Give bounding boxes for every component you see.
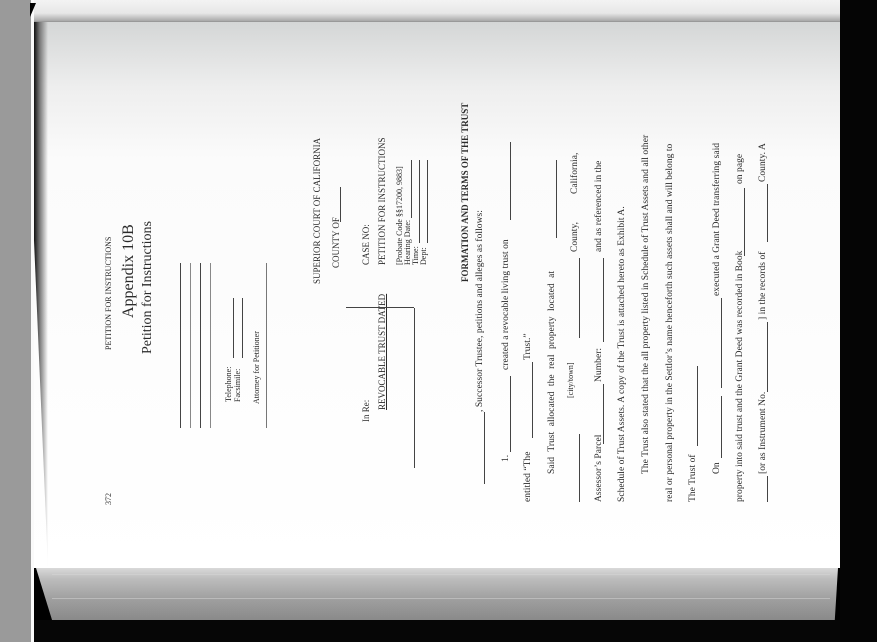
trust-date-field[interactable] <box>510 142 511 220</box>
book-field[interactable] <box>744 188 745 256</box>
dept-field[interactable] <box>427 160 428 243</box>
hearing-date-field[interactable] <box>411 160 412 218</box>
time-field[interactable] <box>419 160 420 243</box>
page-field[interactable] <box>767 476 768 502</box>
county-field[interactable] <box>340 187 341 222</box>
apn-number-field[interactable] <box>603 258 604 342</box>
para1-number: 1. <box>501 455 511 462</box>
attorney-city-line <box>210 263 211 428</box>
viewer-background-left <box>0 0 31 642</box>
city-hint: [city/town] <box>566 362 575 398</box>
para4-page: on page <box>735 154 745 184</box>
para4-line2: property into said trust and the Grant D… <box>735 251 745 502</box>
attorney-underline <box>266 263 267 428</box>
caption-divider <box>346 307 414 308</box>
property-address-field[interactable] <box>556 160 557 238</box>
telephone-field[interactable] <box>233 298 234 358</box>
para1-text: created a revocable living trust on <box>501 239 511 370</box>
city-field[interactable] <box>579 434 580 502</box>
appendix-subtitle: Petition for Instructions <box>140 221 156 354</box>
county-word: County, <box>570 222 580 252</box>
para2-ref: and as referenced in the <box>594 161 604 252</box>
county-label: COUNTY OF <box>331 217 341 268</box>
dept-label: Dept: <box>419 247 428 265</box>
facsimile-field[interactable] <box>242 298 243 358</box>
para1-entitled: entitled “The <box>523 451 533 502</box>
court-name: SUPERIOR COURT OF CALIFORNIA <box>312 138 322 284</box>
apn-field[interactable] <box>603 384 604 444</box>
state-word: California, <box>570 153 580 194</box>
case-no-label: CASE NO: <box>361 224 371 265</box>
scan-background-bottom <box>34 620 840 642</box>
para4-executed: executed a Grant Deed transferring said <box>712 143 722 296</box>
pleading-title: PETITION FOR INSTRUCTIONS <box>377 137 387 265</box>
petition-intro: , Successor Trustee, petitions and alleg… <box>475 210 485 412</box>
attorney-address-line <box>200 263 201 428</box>
running-header: PETITION FOR INSTRUCTIONS <box>104 237 113 350</box>
mouse-cursor-icon <box>30 3 42 17</box>
para3-line3: The Trust of <box>688 454 698 502</box>
records-county-field[interactable] <box>767 184 768 242</box>
para2-text: Said Trust allocated the real property l… <box>547 271 557 474</box>
in-re-label: In Re: <box>361 400 371 422</box>
para1-trust: Trust.” <box>523 333 533 360</box>
facsimile-label: Facsimile: <box>233 369 242 402</box>
trustee-name-field[interactable] <box>484 412 485 484</box>
attorney-name-line <box>180 263 181 428</box>
para4-county: County. A <box>758 143 768 182</box>
grantor-field[interactable] <box>721 298 722 388</box>
attorney-label: Attorney for Petitioner <box>252 331 261 404</box>
para2-schedule: Schedule of Trust Assets. A copy of the … <box>617 206 627 502</box>
page-content: 372 PETITION FOR INSTRUCTIONS Appendix 1… <box>34 22 840 568</box>
telephone-label: Telephone: <box>224 367 233 402</box>
book-top-edge <box>34 0 840 22</box>
para4-records: ] in the records of <box>758 252 768 320</box>
book-page-stack <box>36 568 838 620</box>
para3-line1: The Trust also stated that the all prope… <box>641 135 651 474</box>
scanned-page: 372 PETITION FOR INSTRUCTIONS Appendix 1… <box>34 22 840 568</box>
number-label: Number: <box>594 348 604 382</box>
para4-instrument: [or as Instrument No. <box>758 392 768 474</box>
trust-dated-label: REVOCABLE TRUST DATED <box>377 294 387 410</box>
para4-on: On <box>712 462 722 474</box>
deed-date-field[interactable] <box>721 396 722 458</box>
trust-of-field[interactable] <box>697 366 698 446</box>
appendix-title: Appendix 10B <box>120 224 138 318</box>
section-heading: FORMATION AND TERMS OF THE TRUST <box>460 103 470 282</box>
page-number: 372 <box>104 493 113 505</box>
trust-name-field[interactable] <box>532 362 533 438</box>
scan-background-right <box>840 0 877 642</box>
county-name-field[interactable] <box>579 258 580 338</box>
para3-line2: real or personal property in the Settlor… <box>665 144 675 502</box>
attorney-firm-line <box>190 263 191 428</box>
instrument-no-field[interactable] <box>767 322 768 392</box>
apn-label: Assessor’s Parcel <box>594 435 604 502</box>
settlor-name-field[interactable] <box>510 376 511 452</box>
caption-bottom-line <box>414 308 415 468</box>
